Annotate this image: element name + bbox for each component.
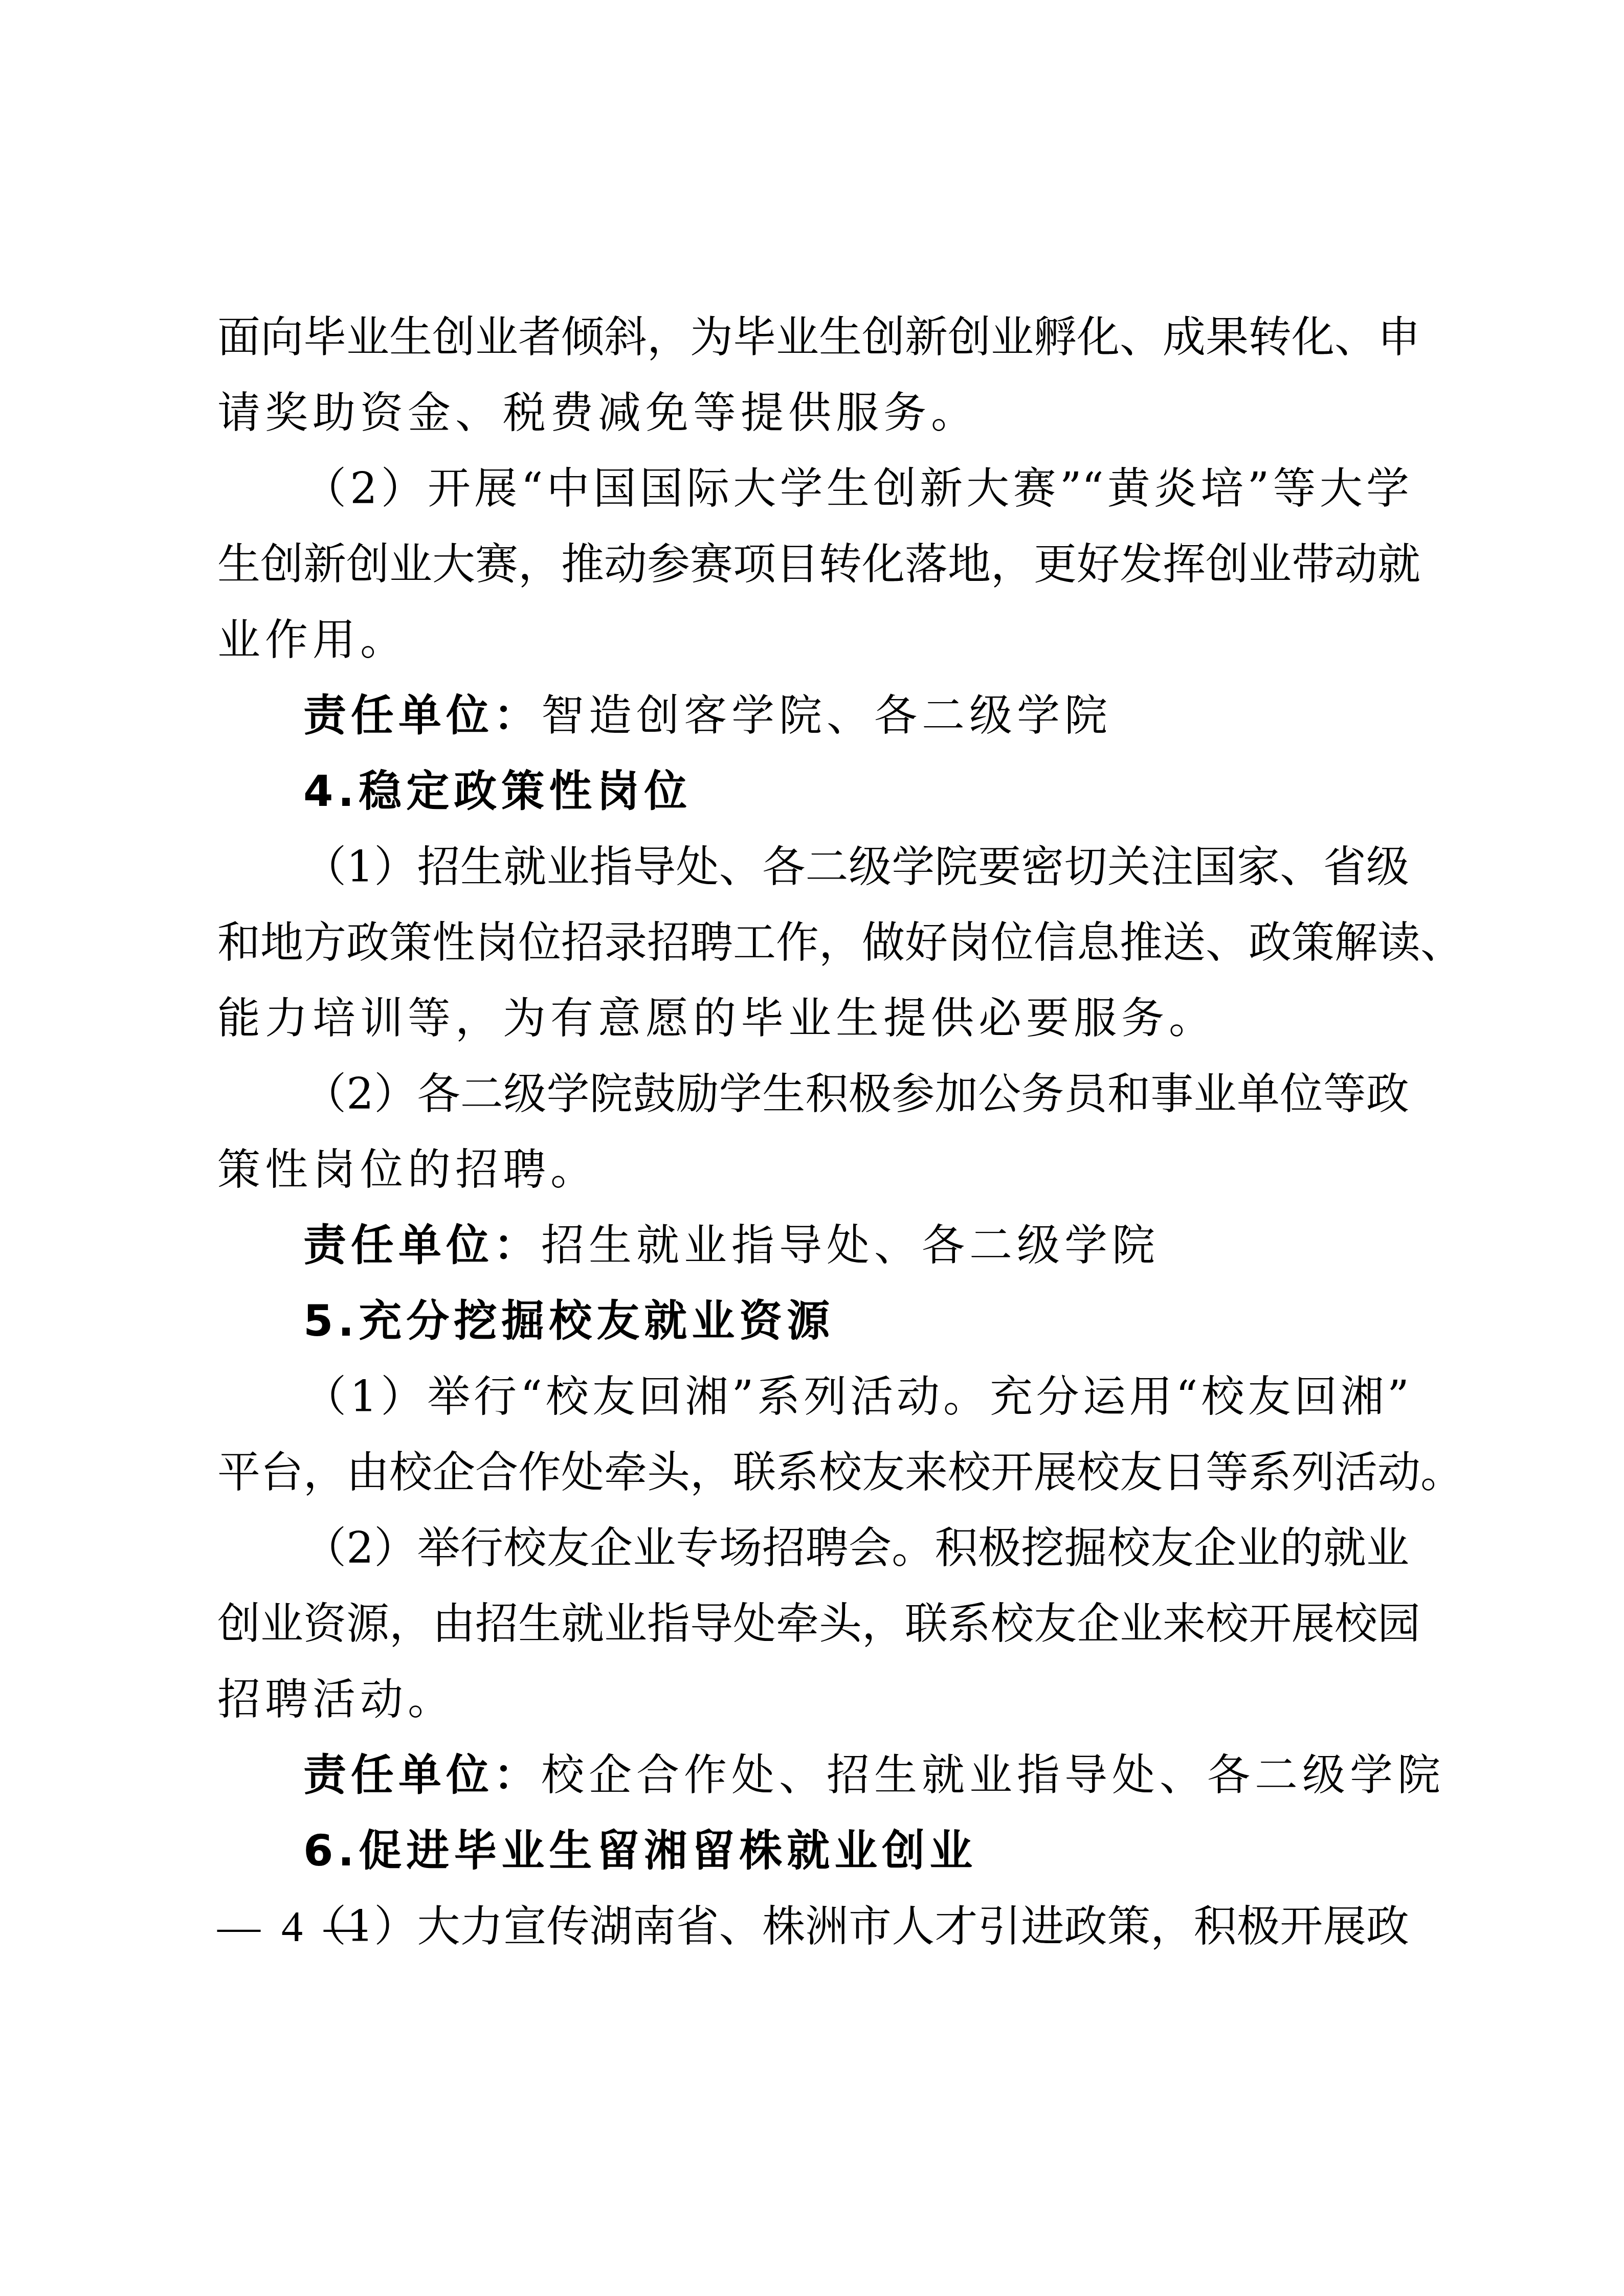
responsible-unit-label: 责任单位： bbox=[303, 1220, 541, 1270]
section-heading-4: 4.稳定政策性岗位 bbox=[217, 753, 1409, 829]
page-number: — 4 — bbox=[217, 1902, 372, 1952]
body-line: 能力培训等，为有意愿的毕业生提供必要服务。 bbox=[217, 980, 1409, 1056]
document-page: 面向毕业生创业者倾斜，为毕业生创新创业孵化、成果转化、申 请奖助资金、税费减免等… bbox=[217, 299, 1409, 1964]
body-line: 和地方政策性岗位招录招聘工作，做好岗位信息推送、政策解读、 bbox=[217, 905, 1409, 980]
body-line: （2）举行校友企业专场招聘会。积极挖掘校友企业的就业 bbox=[217, 1510, 1409, 1586]
body-line: 策性岗位的招聘。 bbox=[217, 1132, 1409, 1207]
section-heading-5: 5.充分挖掘校友就业资源 bbox=[217, 1283, 1409, 1359]
body-line: 面向毕业生创业者倾斜，为毕业生创新创业孵化、成果转化、申 bbox=[217, 299, 1409, 375]
body-line: 生创新创业大赛，推动参赛项目转化落地，更好发挥创业带动就 bbox=[217, 526, 1409, 602]
body-line: 平台，由校企合作处牵头，联系校友来校开展校友日等系列活动。 bbox=[217, 1434, 1409, 1510]
body-line: 业作用。 bbox=[217, 602, 1409, 678]
responsible-unit-value: 智造创客学院、各二级学院 bbox=[541, 690, 1112, 740]
responsible-unit-value: 招生就业指导处、各二级学院 bbox=[541, 1220, 1160, 1270]
responsible-unit-line: 责任单位：招生就业指导处、各二级学院 bbox=[217, 1207, 1409, 1283]
responsible-unit-line: 责任单位：校企合作处、招生就业指导处、各二级学院 bbox=[217, 1737, 1409, 1813]
section-heading-6: 6.促进毕业生留湘留株就业创业 bbox=[217, 1813, 1409, 1888]
responsible-unit-label: 责任单位： bbox=[303, 1750, 541, 1800]
responsible-unit-value: 校企合作处、招生就业指导处、各二级学院 bbox=[541, 1750, 1445, 1800]
body-line: （1）举行“校友回湘”系列活动。充分运用“校友回湘” bbox=[217, 1359, 1409, 1434]
body-line: （2）开展“中国国际大学生创新大赛”“黄炎培”等大学 bbox=[217, 451, 1409, 526]
body-line: 创业资源，由招生就业指导处牵头，联系校友企业来校开展校园 bbox=[217, 1586, 1409, 1661]
body-line: 请奖助资金、税费减免等提供服务。 bbox=[217, 375, 1409, 451]
body-line: （1）大力宣传湖南省、株洲市人才引进政策，积极开展政 bbox=[217, 1888, 1409, 1964]
body-line: （1）招生就业指导处、各二级学院要密切关注国家、省级 bbox=[217, 829, 1409, 905]
body-line: （2）各二级学院鼓励学生积极参加公务员和事业单位等政 bbox=[217, 1056, 1409, 1132]
responsible-unit-line: 责任单位：智造创客学院、各二级学院 bbox=[217, 678, 1409, 753]
responsible-unit-label: 责任单位： bbox=[303, 690, 541, 740]
body-line: 招聘活动。 bbox=[217, 1661, 1409, 1737]
